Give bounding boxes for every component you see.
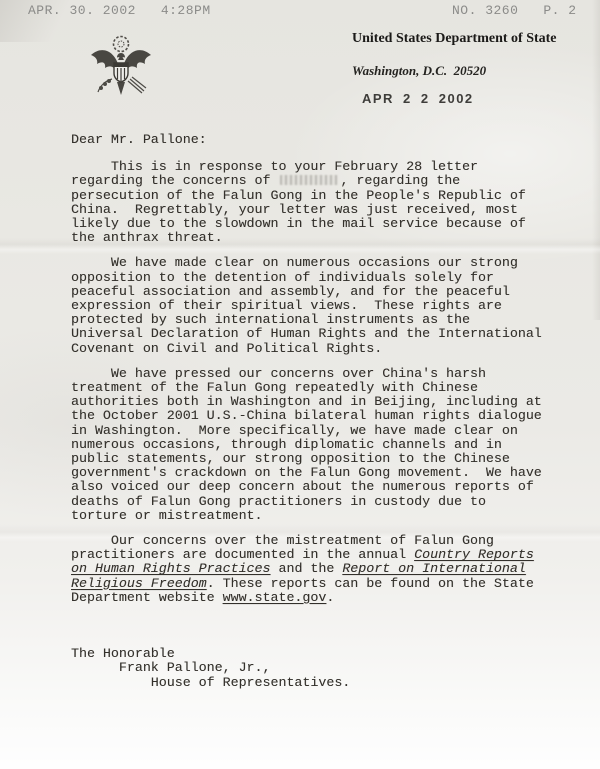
letterhead-agency: United States Department of State	[352, 31, 557, 47]
letter-line: protected by such international instrume…	[71, 313, 542, 327]
letterhead-address: Washington, D.C. 20520	[352, 63, 486, 79]
text-segment: Department website	[71, 590, 223, 605]
scan-edge-shadow	[592, 0, 600, 320]
letter-line: regarding the concerns of , regarding th…	[71, 174, 542, 188]
text-segment: on Human Rights Practices	[71, 561, 271, 576]
letter-line: Religious Freedom. These reports can be …	[71, 577, 542, 591]
letter-line: Universal Declaration of Human Rights an…	[71, 327, 542, 341]
paragraph: We have made clear on numerous occasions…	[71, 256, 542, 355]
letter-line: China. Regrettably, your letter was just…	[71, 203, 542, 217]
recipient-line: House of Representatives.	[71, 676, 542, 690]
text-segment: Report on International	[342, 561, 526, 576]
text-segment: torture or mistreatment.	[71, 508, 263, 523]
text-segment: We have made clear on numerous occasions…	[71, 255, 518, 270]
text-segment: Our concerns over the mistreatment of Fa…	[71, 533, 494, 548]
text-segment: deaths of Falun Gong practitioners in cu…	[71, 494, 486, 509]
text-segment: Religious Freedom	[71, 576, 207, 591]
text-segment: , regarding the	[340, 173, 460, 188]
paragraph: We have pressed our concerns over China'…	[71, 367, 542, 523]
fax-timestamp: APR. 30. 2002 4:28PM	[28, 3, 211, 18]
letter-line: public statements, our strong opposition…	[71, 452, 542, 466]
text-segment: peaceful association and assembly, and f…	[71, 284, 510, 299]
recipient-line: Frank Pallone, Jr.,	[71, 661, 542, 675]
letter-line: We have made clear on numerous occasions…	[71, 256, 542, 270]
text-segment: .	[326, 590, 334, 605]
paragraph: Our concerns over the mistreatment of Fa…	[71, 534, 542, 605]
salutation: Dear Mr. Pallone:	[71, 133, 542, 147]
text-segment: and the	[271, 561, 343, 576]
letter-line: the October 2001 U.S.-China bilateral hu…	[71, 409, 542, 423]
text-segment: treatment of the Falun Gong repeatedly w…	[71, 380, 478, 395]
paragraph: This is in response to your February 28 …	[71, 160, 542, 245]
paragraphs: This is in response to your February 28 …	[71, 160, 542, 605]
text-segment: the October 2001 U.S.-China bilateral hu…	[71, 408, 542, 423]
text-segment: opposition to the detention of individua…	[71, 270, 494, 285]
letter-line: Covenant on Civil and Political Rights.	[71, 342, 542, 356]
letter-line: expression of their spiritual views. The…	[71, 299, 542, 313]
text-segment: Country Reports	[414, 547, 534, 562]
text-segment: in Washington. More specifically, we hav…	[71, 423, 518, 438]
redacted-text	[280, 175, 338, 185]
text-segment: authorities both in Washington and in Be…	[71, 394, 542, 409]
letter-body: Dear Mr. Pallone: This is in response to…	[71, 133, 542, 690]
text-segment: numerous occasions, through diplomatic c…	[71, 437, 502, 452]
text-segment: practitioners are documented in the annu…	[71, 547, 414, 562]
letter-line: authorities both in Washington and in Be…	[71, 395, 542, 409]
letter-line: Our concerns over the mistreatment of Fa…	[71, 534, 542, 548]
letter-line: practitioners are documented in the annu…	[71, 548, 542, 562]
letter-line: also voiced our deep concern about the n…	[71, 480, 542, 494]
text-segment: public statements, our strong opposition…	[71, 451, 510, 466]
text-segment: regarding the concerns of	[71, 173, 278, 188]
letter-line: torture or mistreatment.	[71, 509, 542, 523]
letter-line: in Washington. More specifically, we hav…	[71, 424, 542, 438]
letter-line: the anthrax threat.	[71, 231, 542, 245]
text-segment: This is in response to your February 28 …	[71, 159, 478, 174]
date-received-stamp: APR 2 2 2002	[362, 91, 474, 106]
recipient-line: The Honorable	[71, 647, 542, 661]
letter-line: persecution of the Falun Gong in the Peo…	[71, 189, 542, 203]
letter-line: opposition to the detention of individua…	[71, 271, 542, 285]
letter-line: deaths of Falun Gong practitioners in cu…	[71, 495, 542, 509]
letter-line: This is in response to your February 28 …	[71, 160, 542, 174]
letter-line: government's crackdown on the Falun Gong…	[71, 466, 542, 480]
text-segment: the anthrax threat.	[71, 230, 223, 245]
letter-line: treatment of the Falun Gong repeatedly w…	[71, 381, 542, 395]
scanned-letter-page: APR. 30. 2002 4:28PM NO. 3260 P. 2	[0, 0, 600, 769]
text-segment: expression of their spiritual views. The…	[71, 298, 502, 313]
text-segment: We have pressed our concerns over China'…	[71, 366, 486, 381]
great-seal-icon	[88, 33, 154, 110]
text-segment: China. Regrettably, your letter was just…	[71, 202, 518, 217]
letter-line: peaceful association and assembly, and f…	[71, 285, 542, 299]
letter-line: numerous occasions, through diplomatic c…	[71, 438, 542, 452]
letter-line: We have pressed our concerns over China'…	[71, 367, 542, 381]
letter-line: Department website www.state.gov.	[71, 591, 542, 605]
text-segment: Universal Declaration of Human Rights an…	[71, 326, 542, 341]
text-segment: Covenant on Civil and Political Rights.	[71, 341, 382, 356]
letter-line: on Human Rights Practices and the Report…	[71, 562, 542, 576]
text-segment: protected by such international instrume…	[71, 312, 470, 327]
text-segment: government's crackdown on the Falun Gong…	[71, 465, 542, 480]
text-segment: also voiced our deep concern about the n…	[71, 479, 534, 494]
fax-page-number: NO. 3260 P. 2	[452, 3, 577, 18]
text-segment: www.state.gov	[223, 590, 327, 605]
recipient-block: The Honorable Frank Pallone, Jr., House …	[71, 647, 542, 690]
letter-line: likely due to the slowdown in the mail s…	[71, 217, 542, 231]
text-segment: persecution of the Falun Gong in the Peo…	[71, 188, 526, 203]
text-segment: likely due to the slowdown in the mail s…	[71, 216, 526, 231]
text-segment: . These reports can be found on the Stat…	[207, 576, 534, 591]
